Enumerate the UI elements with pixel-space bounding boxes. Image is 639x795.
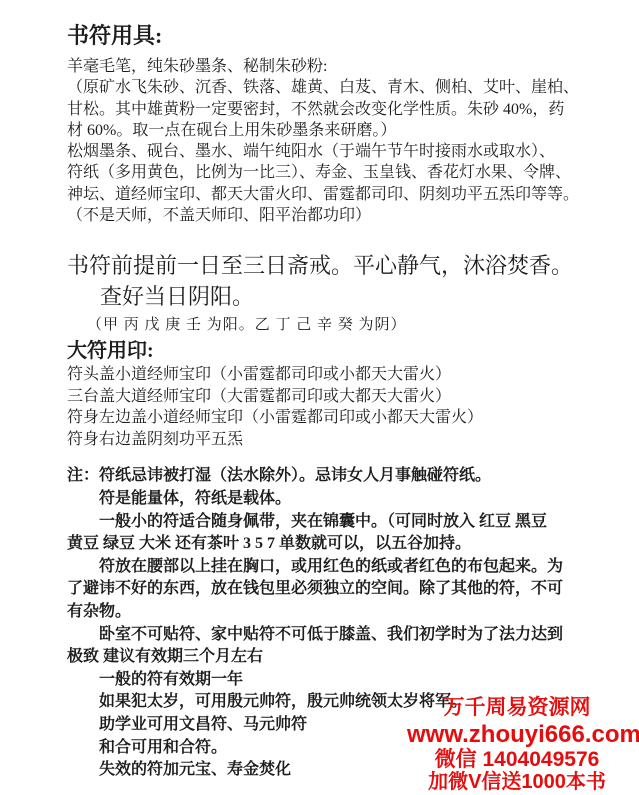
seal-line: 符身右边盖阴刻功平五炁 — [67, 429, 583, 451]
notes-line: 黄豆 绿豆 大米 还有茶叶 3 5 7 单数就可以，以五谷加持。 — [67, 533, 583, 556]
watermark-wechat: 微信 1404049576 — [407, 748, 627, 771]
notes-line: 极致 建议有效期三个月左右 — [67, 646, 583, 669]
seal-line: 符身左边盖小道经师宝印（小雷霆都司印或小都天大雷火） — [67, 407, 583, 429]
doc-title: 书符用具: — [67, 22, 583, 50]
watermark: 万千周易资源网 www.zhouyi666.com 微信 1404049576 … — [407, 695, 627, 794]
notes-line: 卧室不可贴符、家中贴符不可低于膝盖、我们初学时为了法力达到 — [67, 624, 583, 647]
tools-line: （原矿水飞朱砂、沉香、铁落、雄黄、白芨、青木、侧柏、艾叶、崖柏、 — [67, 77, 583, 98]
watermark-site-name: 万千周易资源网 — [407, 695, 627, 721]
precept-line-2: 查好当日阴阳。 — [67, 281, 583, 312]
tools-line: 甘松。其中雄黄粉一定要密封，不然就会改变化学性质。朱砂 40%，药 — [67, 99, 583, 120]
notes-line: 符放在腰部以上挂在胸口，或用红色的纸或者红色的布包起来。为 — [67, 556, 583, 579]
notes-line: 有杂物。 — [67, 601, 583, 624]
notes-line: 注：符纸忌讳被打湿（法水除外）。忌讳女人月事触碰符纸。 — [67, 465, 583, 488]
seal-line: 符头盖小道经师宝印（小雷霆都司印或小都天大雷火） — [67, 364, 583, 386]
tools-line: 羊毫毛笔，纯朱砂墨条、秘制朱砂粉: — [67, 56, 583, 77]
watermark-url: www.zhouyi666.com — [407, 721, 627, 748]
tools-line: 松烟墨条、砚台、墨水、端午纯阳水（于端午节午时接雨水或取水）、 — [67, 141, 583, 162]
notes-line: 了避讳不好的东西，放在钱包里必须独立的空间。除了其他的符，不可 — [67, 578, 583, 601]
tools-line: 神坛、道经师宝印、都天大雷火印、雷霆都司印、阴刻功平五炁印等等。 — [67, 184, 583, 205]
tools-line: 材 60%。取一点在砚台上用朱砂墨条来研磨。） — [67, 120, 583, 141]
watermark-promo: 加微V信送1000本书 — [407, 771, 627, 794]
stems-note: （甲 丙 戊 庚 壬 为阳。乙 丁 己 辛 癸 为阴） — [67, 315, 583, 335]
precept-line-1: 书符前提前一日至三日斋戒。平心静气，沐浴焚香。 — [67, 250, 583, 281]
precept-block: 书符前提前一日至三日斋戒。平心静气，沐浴焚香。 查好当日阴阳。 — [67, 250, 583, 312]
tools-line: 符纸（多用黄色，比例为一比三）、寿金、玉皇钱、香花灯水果、令牌、 — [67, 162, 583, 183]
tools-line: （不是天师，不盖天师印、阳平治都功印） — [67, 205, 583, 226]
seal-line: 三台盖大道经师宝印（大雷霆都司印或大都天大雷火） — [67, 386, 583, 408]
notes-line: 一般小的符适合随身佩带，夹在锦囊中。（可同时放入 红豆 黑豆 — [67, 511, 583, 534]
notes-line: 一般的符有效期一年 — [67, 669, 583, 692]
document-body: 书符用具: 羊毫毛笔，纯朱砂墨条、秘制朱砂粉: （原矿水飞朱砂、沉香、铁落、雄黄… — [67, 22, 583, 782]
notes-line: 符是能量体，符纸是载体。 — [67, 488, 583, 511]
seals-title: 大符用印: — [67, 338, 583, 364]
page: { "document": { "title": "书符用具:", "tools… — [0, 0, 639, 795]
